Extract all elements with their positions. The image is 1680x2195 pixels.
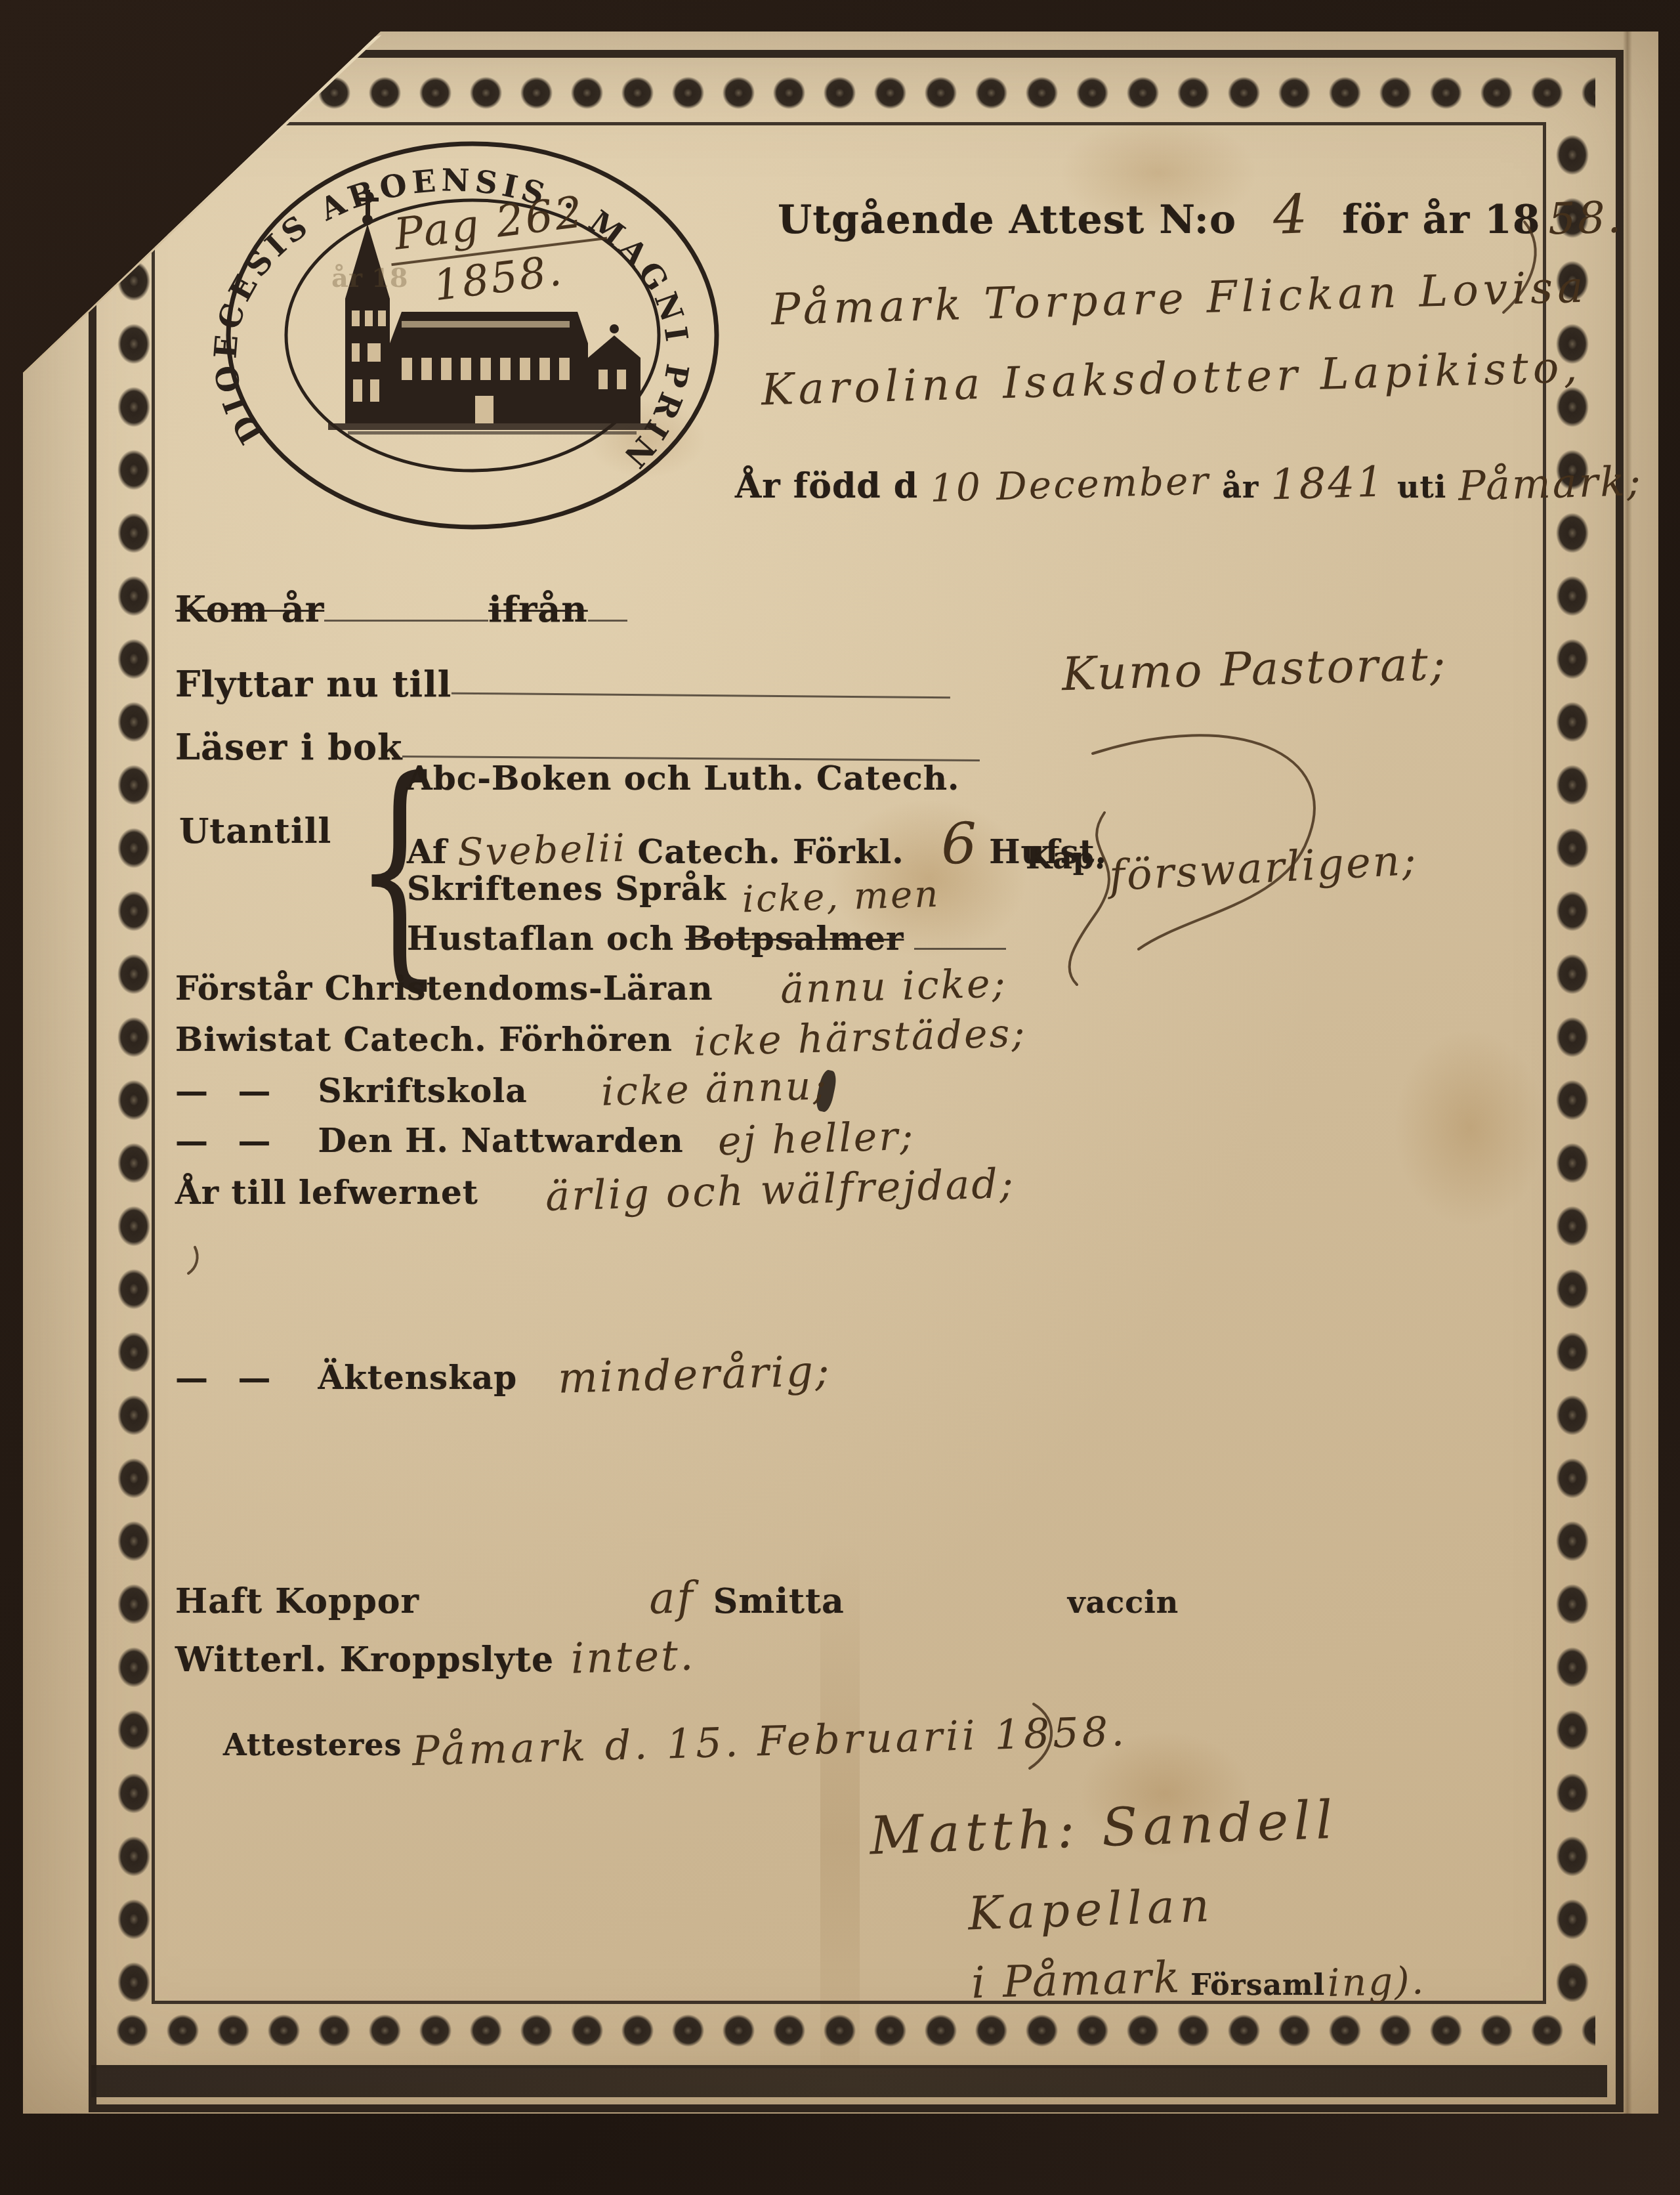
marriage-dash: — — xyxy=(175,1358,280,1397)
bottom-border-band xyxy=(91,2065,1607,2097)
paper-crease xyxy=(1623,32,1632,2114)
attestation-printed: Attesteres xyxy=(223,1727,402,1762)
utantill-line3: Skriftenes Språk icke, men xyxy=(407,866,940,909)
rosette-border-bottom xyxy=(107,2005,1595,2056)
pox-printed: Haft Koppor xyxy=(175,1581,419,1621)
marriage-row: — — Äktenskap minderårig; xyxy=(175,1351,831,1399)
born-printed3: uti xyxy=(1397,469,1446,505)
marriage-printed: Äktenskap xyxy=(318,1358,517,1397)
statement-printed: Skriftskola xyxy=(318,1071,527,1110)
came-printed1: Kom år xyxy=(175,588,324,630)
statement-row: År till lefwernet ärlig och wälfrejdad; xyxy=(175,1166,1015,1214)
pox-printed-vaccin: vaccin xyxy=(1068,1585,1179,1620)
defect-row: Witterl. Kroppslyte intet. xyxy=(175,1633,695,1682)
utantill-line2-printed-b: Catech. Förkl. xyxy=(637,832,904,871)
pox-printed-smitta: Smitta xyxy=(713,1581,845,1621)
signature-title-row: Kapellan xyxy=(968,1883,1215,1936)
utantill-line4-struck: Botpsalmer xyxy=(684,919,904,958)
utantill-grade: förswarligen; xyxy=(1109,844,1418,893)
born-line: År född d 10 December år 1841 uti Påmark… xyxy=(735,459,1643,508)
born-printed2: år xyxy=(1222,469,1259,505)
attest-year-handwritten: 58. xyxy=(1547,192,1624,244)
statement-handwritten: ärlig och wälfrejdad; xyxy=(545,1159,1016,1220)
came-rule xyxy=(324,610,488,622)
moves-destination-handwritten: Kumo Pastorat; xyxy=(1061,637,1448,701)
came-from-line: Kom år ifrån xyxy=(175,588,627,630)
defect-printed: Witterl. Kroppslyte xyxy=(175,1640,554,1680)
rosette-border-right xyxy=(1547,123,1598,2002)
pox-row: Haft Koppor af Smitta vaccin xyxy=(175,1573,1179,1623)
statement-handwritten: icke härstädes; xyxy=(693,1010,1027,1065)
utantill-line4-rule xyxy=(914,939,1006,950)
born-printed1: År född d xyxy=(735,466,918,506)
statement-handwritten: ej heller; xyxy=(717,1113,915,1164)
statement-dash: — — xyxy=(175,1121,280,1160)
came-rule2 xyxy=(588,610,627,622)
born-year-handwritten: 1841 xyxy=(1270,458,1386,510)
statement-row: — — Den H. Nattwarden ej heller; xyxy=(175,1116,915,1162)
utantill-line2-printed-a: Af xyxy=(407,832,447,871)
scanned-document-photo: { "seal": { "ring_text": "DIOECESIS ABOE… xyxy=(0,0,1680,2195)
statement-dash: — — xyxy=(175,1071,280,1110)
signature-place-row: i Påmark Församl ing). xyxy=(971,1955,1425,2005)
statement-printed: Förstår Christendoms-Läran xyxy=(175,969,713,1008)
statement-row: Biwistat Catech. Förhören icke härstädes… xyxy=(175,1015,1026,1061)
utantill-line1-text: Abc-Boken och Luth. Catech. xyxy=(407,759,959,798)
utantill-line3-handwritten: icke, men xyxy=(742,873,940,921)
utantill-line4-printed: Hustaflan och xyxy=(407,919,674,958)
attestation-handwritten: Påmark d. 15. Februarii 1858. xyxy=(412,1707,1129,1775)
moves-to-line: Flyttar nu till Kumo Pastorat; xyxy=(175,654,1448,708)
came-printed2: ifrån xyxy=(488,588,587,630)
utantill-kap: Kap. xyxy=(1026,840,1106,876)
defect-handwritten: intet. xyxy=(570,1631,696,1683)
statement-row: — — Skriftskola icke ännu; xyxy=(175,1066,828,1112)
rosette-border-top xyxy=(107,67,1595,118)
holder-name-line1: Påmark Torpare Flickan Lovisa xyxy=(771,273,1588,324)
diocese-seal: DIOECESIS ABOENSIS · MAGNI PRINC: FINL. xyxy=(210,127,735,547)
seal-graphic: DIOECESIS ABOENSIS · MAGNI PRINC: FINL. xyxy=(210,127,735,547)
moves-printed: Flyttar nu till xyxy=(175,663,451,705)
moves-rule xyxy=(451,683,950,698)
statement-printed: År till lefwernet xyxy=(175,1173,478,1212)
signature-place-suffix-handwritten: ing). xyxy=(1327,1958,1426,2005)
statement-handwritten: ännu icke; xyxy=(780,960,1007,1013)
born-date-handwritten: 10 December xyxy=(929,458,1211,511)
statement-handwritten: icke ännu; xyxy=(600,1063,828,1115)
attest-number-handwritten: 4 xyxy=(1272,183,1311,247)
utantill-grade-handwritten: förswarligen; xyxy=(1108,836,1419,901)
attest-header: Utgående Attest N:o 4 för år 18 58. xyxy=(778,184,1623,246)
signature-name-row: Matth: Sandell xyxy=(870,1797,1338,1858)
utantill-line4: Hustaflan och Botpsalmer xyxy=(407,919,1006,958)
pox-handwritten: af xyxy=(648,1572,696,1624)
utantill-label: Utantill xyxy=(179,811,331,851)
statement-printed: Den H. Nattwarden xyxy=(318,1121,683,1160)
kap-label: Kap. xyxy=(1026,840,1106,876)
utantill-label-text: Utantill xyxy=(179,811,331,851)
attest-header-printed2: för år 18 xyxy=(1342,197,1540,243)
born-place-handwritten: Påmark; xyxy=(1458,457,1643,510)
attest-header-printed: Utgående Attest N:o xyxy=(778,197,1236,243)
signature-place-handwritten: i Påmark xyxy=(971,1952,1182,2009)
statement-printed: Biwistat Catech. Förhören xyxy=(175,1020,673,1059)
utantill-line1: Abc-Boken och Luth. Catech. xyxy=(407,759,959,798)
certificate-paper: DIOECESIS ABOENSIS · MAGNI PRINC: FINL. xyxy=(23,32,1658,2114)
statement-row: Förstår Christendoms-Läran ännu icke; xyxy=(175,964,1007,1010)
signature-place-printed: Församl xyxy=(1190,1969,1325,2002)
utantill-chapters-handwritten: 6 xyxy=(940,811,979,878)
holder-name-line2: Karolina Isaksdotter Lapikisto, xyxy=(761,353,1582,404)
marriage-handwritten: minderårig; xyxy=(557,1347,831,1403)
utantill-line3-printed: Skriftenes Språk xyxy=(407,869,726,908)
signature-title: Kapellan xyxy=(967,1878,1215,1940)
signature-name: Matth: Sandell xyxy=(869,1789,1339,1867)
attestation-row: Attesteres Påmark d. 15. Februarii 1858. xyxy=(223,1717,1127,1765)
